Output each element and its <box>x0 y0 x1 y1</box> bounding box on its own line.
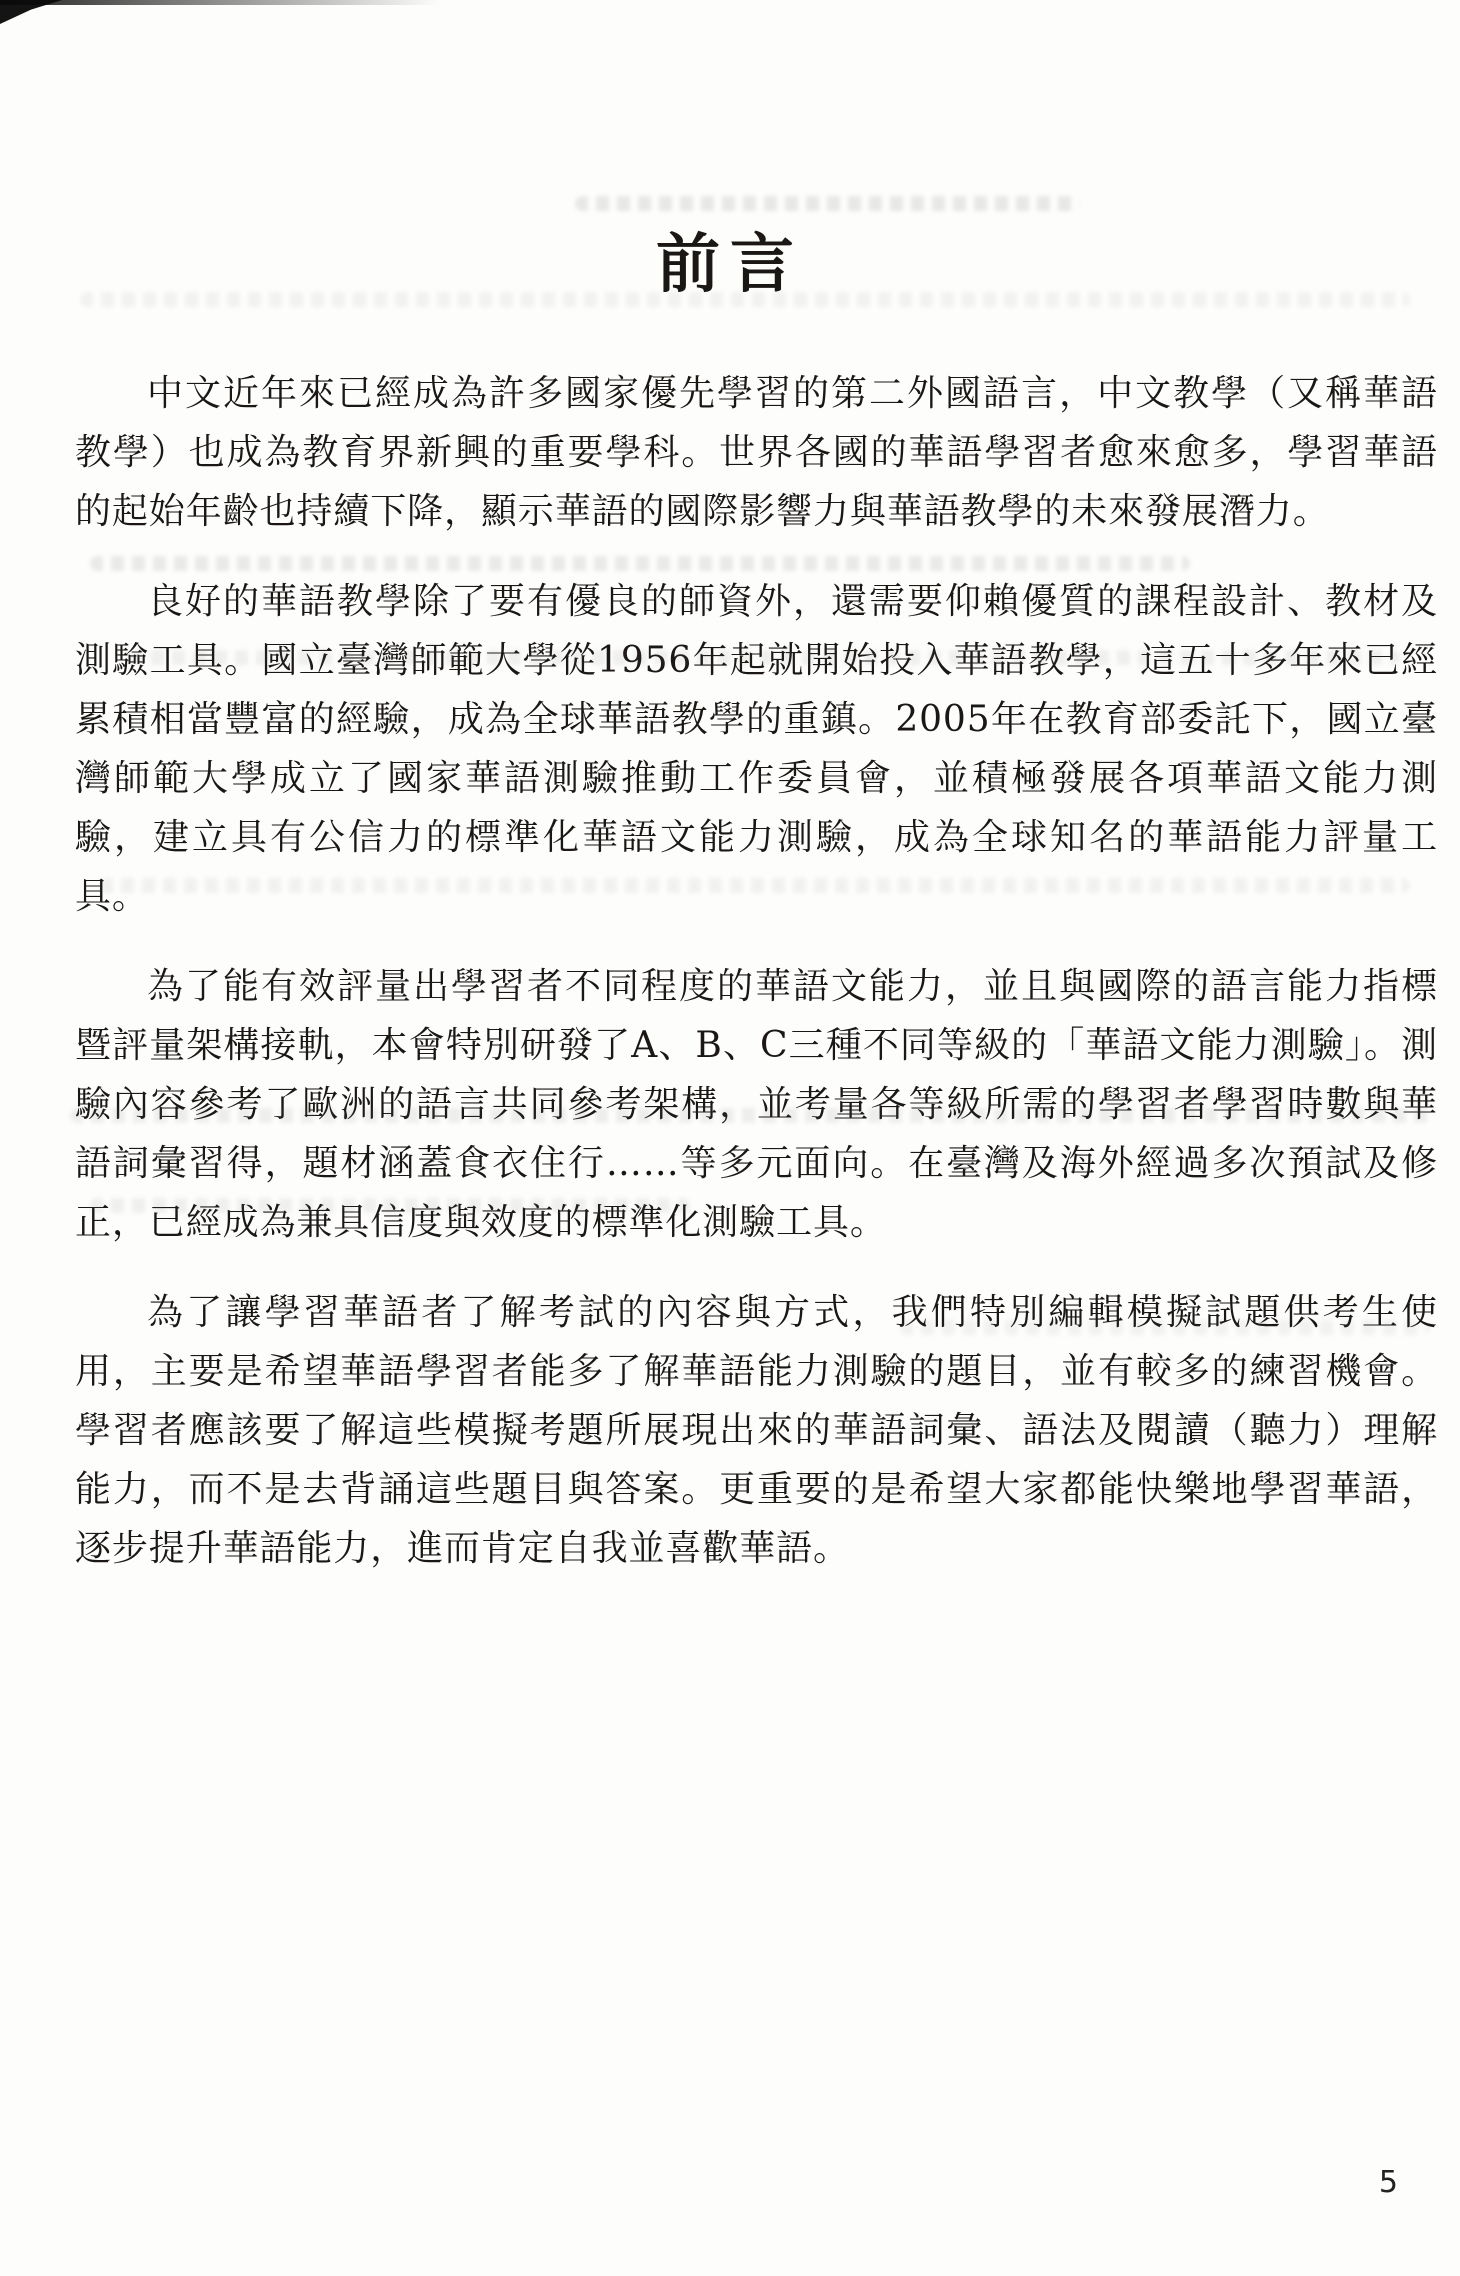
paragraph-4: 為了讓學習華語者了解考試的內容與方式，我們特別編輯模擬試題供考生使用，主要是希望… <box>75 1283 1438 1578</box>
document-body: 中文近年來已經成為許多國家優先學習的第二外國語言，中文教學（又稱華語教學）也成為… <box>75 364 1438 1578</box>
paragraph-2: 良好的華語教學除了要有優良的師資外，還需要仰賴優質的課程設計、教材及測驗工具。國… <box>75 572 1438 926</box>
scan-edge-artifact <box>0 0 440 5</box>
paragraph-3: 為了能有效評量出學習者不同程度的華語文能力，並且與國際的語言能力指標暨評量架構接… <box>75 957 1438 1252</box>
paragraph-1: 中文近年來已經成為許多國家優先學習的第二外國語言，中文教學（又稱華語教學）也成為… <box>75 364 1438 541</box>
document-page: 前言 中文近年來已經成為許多國家優先學習的第二外國語言，中文教學（又稱華語教學）… <box>0 0 1460 2276</box>
page-title: 前言 <box>0 0 1460 302</box>
page-number: 5 <box>1379 2165 1398 2200</box>
